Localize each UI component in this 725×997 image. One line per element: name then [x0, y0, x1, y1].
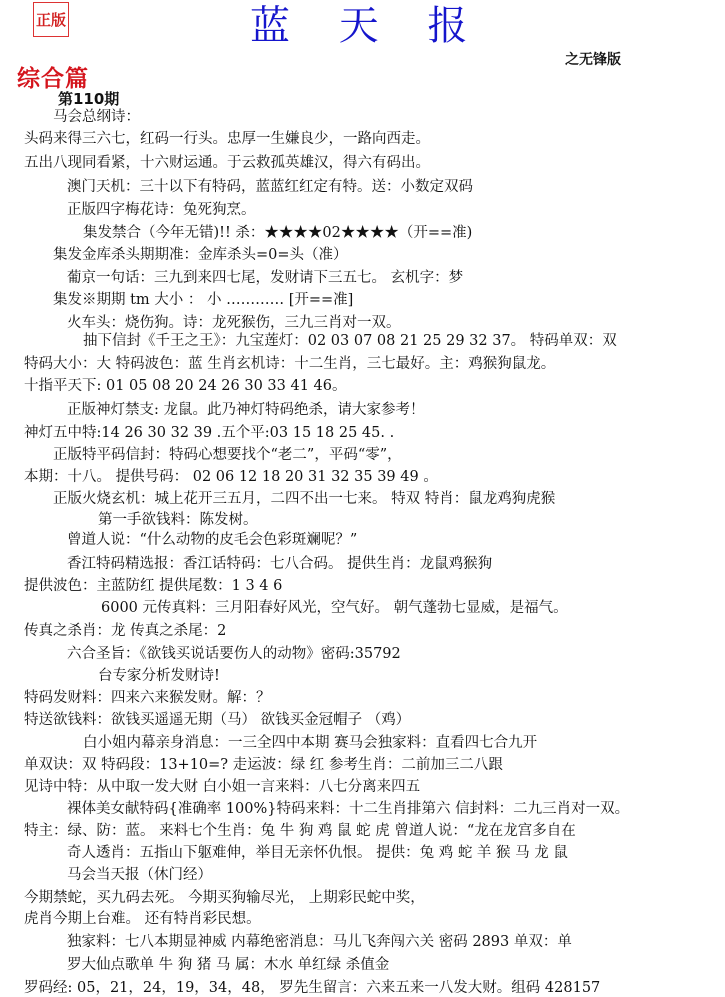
article-line: 单双诀：双 特码段：13+10=? 走运波：绿 红 参考生肖：二前加三二八跟 — [24, 756, 503, 774]
article-line: 正版火烧玄机：城上花开三五月，二四不出一七来。 特双 特肖：鼠龙鸡狗虎猴 — [53, 490, 555, 508]
article-line: 抽下信封《千王之王》：九宝莲灯：02 03 07 08 21 25 29 32 … — [83, 332, 617, 350]
issue-number: 第110期 — [58, 88, 119, 109]
article-line: 罗码经: 05，21，24，19，34，48， 罗先生留言：六来五来一八发大财。… — [24, 979, 600, 997]
article-line: 特送欲钱料：欲钱买遥遥无期（马） 欲钱买金冠帽子 （鸡） — [24, 711, 410, 729]
article-line: 传真之杀肖：龙 传真之杀尾：2 — [24, 622, 226, 640]
article-line: 独家料：七八本期显神威 内幕绝密消息：马儿飞奔闯六关 密码 2893 单双：单 — [67, 933, 572, 951]
article-line: 裸体美女献特码{准确率 100%}特码来料：十二生肖排第六 信封料：二九三肖对一… — [67, 800, 629, 818]
article-line: 马会总纲诗： — [53, 108, 140, 126]
article-line: 奇人透肖：五指山下躯难伸，举目无亲怀仇恨。 提供：兔 鸡 蛇 羊 猴 马 龙 鼠 — [67, 844, 568, 862]
article-line: 虎肖今期上台难。 还有特肖彩民想。 — [24, 910, 261, 928]
article-line: 五出八现同看紧，十六财运通。于云救孤英雄汉，得六有码出。 — [24, 154, 430, 172]
stamp-label: 正版 — [36, 9, 66, 30]
article-line: 神灯五中特:14 26 30 32 39 .五个平:03 15 18 25 45… — [24, 424, 394, 442]
article-line: 今期禁蛇，买九码去死。 今期买狗输尽光， 上期彩民蛇中奖， — [24, 889, 425, 907]
article-line: 6000 元传真料：三月阳春好风光，空气好。 朝气蓬勃七显威，是福气。 — [101, 599, 568, 617]
article-line: 头码来得三六七，红码一行头。忠厚一生嫌良少，一路向西走。 — [24, 130, 430, 148]
article-line: 葡京一句话：三九到来四七尾，发财请下三五七。 玄机字：梦 — [67, 269, 463, 287]
article-line: 第一手欲钱料：陈发树。 — [98, 511, 258, 529]
article-line: 正版特平码信封：特码心想要找个“老二”，平码“零”， — [53, 446, 402, 464]
article-line: 集发※期期 tm 大小 ： 小 ………… [开==准] — [53, 291, 353, 309]
article-line: 罗大仙点歌单 牛 狗 猪 马 属：木水 单红绿 杀值金 — [67, 956, 389, 974]
article-line: 正版四字梅花诗：兔死狗烹。 — [67, 201, 256, 219]
article-line: 特主：绿、防：蓝。 来料七个生肖：兔 牛 狗 鸡 鼠 蛇 虎 曾道人说：“龙在龙… — [24, 822, 576, 840]
article-line: 曾道人说：“什么动物的皮毛会色彩斑斓呢？” — [67, 531, 357, 549]
edition-label: 之无锋版 — [565, 49, 621, 69]
article-line: 本期：十八。 提供号码： 02 06 12 18 20 31 32 35 39 … — [24, 468, 438, 486]
article-line: 提供波色：主蓝防红 提供尾数：1 3 4 6 — [24, 577, 282, 595]
article-line: 集发禁合（今年无错)!! 杀：★★★★02★★★★（开==准) — [83, 224, 472, 242]
article-line: 台专家分析发财诗! — [98, 667, 220, 685]
authentic-edition-stamp: 正版 — [33, 2, 69, 37]
article-line: 特码大小：大 特码波色：蓝 生肖玄机诗：十二生肖，三七最好。主：鸡猴狗鼠龙。 — [24, 355, 555, 373]
article-line: 见诗中特：从中取一发大财 白小姐一言来料：八七分离来四五 — [24, 778, 420, 796]
article-line: 十指平天下: 01 05 08 20 24 26 30 33 41 46。 — [24, 377, 346, 395]
article-line: 马会当天报（休门经） — [67, 866, 212, 884]
article-line: 白小姐内幕亲身消息：一三全四中本期 赛马会独家料：直看四七合九开 — [83, 734, 537, 752]
newspaper-title: 蓝 天 报 — [250, 2, 485, 50]
article-line: 香江特码精选报：香江话特码：七八合码。 提供生肖：龙鼠鸡猴狗 — [67, 555, 492, 573]
article-line: 集发金库杀头期期准：金库杀头=0=头（准） — [53, 246, 348, 264]
article-line: 火车头：烧伤狗。诗：龙死猴伤，三九三肖对一双。 — [67, 314, 401, 332]
article-line: 六合圣旨：《欲钱买说话要伤人的动物》密码:35792 — [67, 645, 401, 663]
article-line: 特码发财料：四来六来猴发财。解：？ — [24, 689, 271, 707]
article-line: 正版神灯禁支: 龙鼠。此乃神灯特码绝杀，请大家参考！ — [67, 401, 425, 419]
article-line: 澳门天机：三十以下有特码，蓝蓝红红定有特。送：小数定双码 — [67, 178, 473, 196]
